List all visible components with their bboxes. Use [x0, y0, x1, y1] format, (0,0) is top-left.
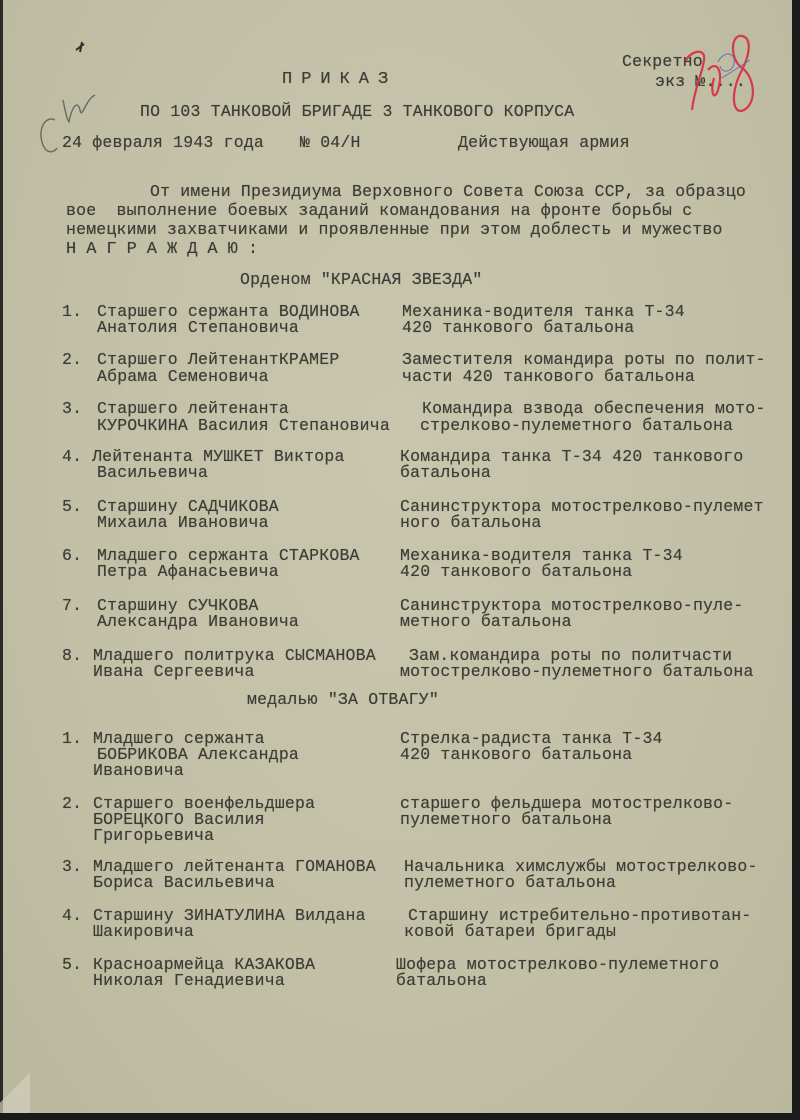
entry-position-line-2: батальона: [400, 463, 491, 483]
entry-position-line-2: мотострелково-пулеметного батальона: [400, 662, 754, 682]
entry-position-line-2: стрелково-пулеметного батальона: [420, 416, 733, 436]
entry-name-line-2: КУРОЧКИНА Василия Степановича: [97, 416, 390, 436]
entry-number: 7.: [62, 596, 82, 616]
entry-number: 2.: [62, 350, 82, 370]
order-number: № 04/Н: [300, 133, 361, 153]
entry-number: 1.: [62, 729, 82, 749]
page-edge: [0, 0, 3, 1113]
entry-name-line-3: Ивановича: [93, 761, 184, 781]
entry-number: 2.: [62, 794, 82, 814]
document-page: Секретно экз №.... ПРИКАЗ ПО 103 ТАНКОВО…: [0, 0, 792, 1113]
entry-position-line-2: 420 танкового батальона: [400, 562, 632, 582]
entry-number: 5.: [62, 497, 82, 517]
entry-position-line-2: пулеметного батальона: [404, 873, 616, 893]
order-location: Действующая армия: [458, 133, 630, 153]
entry-name-line-2: Бориса Васильевича: [93, 873, 275, 893]
entry-number: 5.: [62, 955, 82, 975]
entry-name-line-2: Шакировича: [93, 922, 194, 942]
entry-position-line-2: батальона: [396, 971, 487, 991]
entry-name-line-2: Николая Генадиевича: [93, 971, 285, 991]
entry-position-line-2: метного батальона: [400, 612, 572, 632]
section-award-title: медалью "ЗА ОТВАГУ": [247, 690, 439, 710]
entry-name-line-2: Ивана Сергеевича: [93, 662, 255, 682]
entry-number: 6.: [62, 546, 82, 566]
entry-number: 8.: [62, 646, 82, 666]
preamble-line-2: вое выполнение боевых заданий командован…: [66, 201, 692, 221]
pencil-mark-icon: [70, 36, 92, 58]
entry-position-line-2: ковой батареи бригады: [404, 922, 616, 942]
entry-number: 4.: [62, 447, 82, 467]
entry-name-line-2: Анатолия Степановича: [97, 318, 299, 338]
entry-number: 1.: [62, 302, 82, 322]
entry-name-line-2: Абрама Семеновича: [97, 367, 269, 387]
entry-number: 4.: [62, 906, 82, 926]
entry-position-line-2: 420 танкового батальона: [402, 318, 634, 338]
order-date: 24 февраля 1943 года: [62, 133, 264, 153]
entry-position-line-2: части 420 танкового батальона: [402, 367, 695, 387]
folded-corner: [0, 1063, 30, 1113]
entry-name-line-2: Михаила Ивановича: [97, 513, 269, 533]
entry-number: 3.: [62, 399, 82, 419]
entry-name-line-2: Александра Ивановича: [97, 612, 299, 632]
entry-name-line-3: Григорьевича: [93, 826, 214, 846]
page-title: ПРИКАЗ: [282, 70, 397, 90]
award-verb: НАГРАЖДАЮ:: [66, 240, 268, 260]
entry-name-line-2: Петра Афанасьевича: [97, 562, 279, 582]
handwritten-number: [680, 30, 770, 120]
preamble-line-1: От имени Президиума Верховного Совета Со…: [150, 182, 746, 202]
section-award-title: Орденом "КРАСНАЯ ЗВЕЗДА": [240, 270, 482, 290]
entry-position-line-2: ного батальона: [400, 513, 541, 533]
preamble-line-3: немецкими захватчиками и проявленные при…: [66, 220, 723, 240]
entry-number: 3.: [62, 857, 82, 877]
unit-subtitle: ПО 103 ТАНКОВОЙ БРИГАДЕ 3 ТАНКОВОГО КОРП…: [140, 102, 574, 122]
entry-name-line-2: Васильевича: [97, 463, 208, 483]
entry-position-line-2: 420 танкового батальона: [400, 745, 632, 765]
entry-position-line-2: пулеметного батальона: [400, 810, 612, 830]
